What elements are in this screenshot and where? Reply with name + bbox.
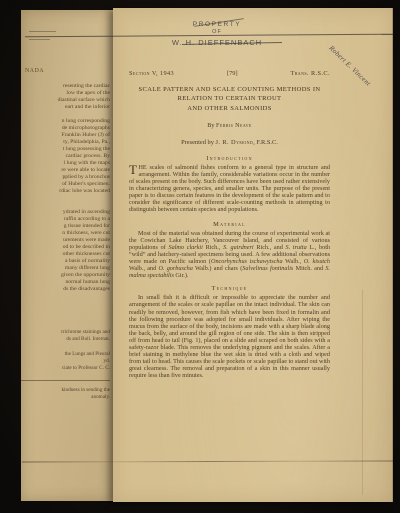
species-name: Oncorhynchus tschawytscha [211, 258, 283, 265]
main-page: PROPERTY OF W. H. DIEFFENBACH Section V,… [113, 8, 393, 502]
material-text: Walb., and [129, 265, 158, 272]
text-fragment: ds the disadvantages [21, 286, 110, 293]
pencil-mark [29, 39, 50, 40]
heading-introduction: Introduction [129, 155, 330, 162]
scanned-photo: NADA resenting the cardiaclow the apex o… [0, 0, 400, 513]
text-fragment: re were able to locate [21, 167, 110, 174]
species-name: Salvelinus fontinalis [242, 265, 293, 272]
masthead: Section V, 1943 [79] Trans. R.S.C. [129, 70, 330, 77]
text-fragment: n thickness, were cut [21, 230, 110, 237]
text-column: Section V, 1943 [79] Trans. R.S.C. SCALE… [129, 70, 330, 386]
under-page-body: resenting the cardiaclow the apex of the… [21, 83, 110, 293]
under-running-head: NADA [21, 68, 110, 74]
species-name: O. gorbuscha [158, 265, 192, 272]
masthead-journal: Trans. R.S.C. [290, 70, 330, 77]
text-fragment: raffin according to a [21, 216, 110, 223]
text-fragment: l lung with the maps [21, 160, 110, 167]
text-fragment: ds and Bull. Internat. [21, 336, 110, 343]
material-paragraph: Most of the material was obtained during… [129, 230, 330, 280]
text-fragment: Franklin Huber (J) of [21, 132, 110, 139]
text-fragment: t lung possessing the [21, 146, 110, 153]
article-title: SCALE PATTERN AND SCALE COUNTING METHODS… [129, 85, 330, 113]
text-fragment: many different lung [21, 265, 110, 272]
text-fragment: od to be described in [21, 244, 110, 251]
species-name: O. kisutch [304, 258, 330, 265]
text-fragment-group: the Lungs and Pleuralyd.ciate to Profess… [21, 351, 110, 372]
material-text: Mitch. and [293, 265, 325, 272]
vertical-crease [362, 290, 363, 495]
species-name: S. trutta [286, 244, 307, 251]
text-fragment-group: n lung correspondingde microphotographsF… [21, 118, 110, 195]
presented-line: Presented by J. R. Dymond, F.R.S.C. [129, 139, 330, 146]
text-fragment: cardiac process. By [21, 153, 110, 160]
presenter-honorific: , F.R.S.C. [253, 139, 278, 146]
under-page-content: NADA resenting the cardiaclow the apex o… [21, 68, 110, 409]
text-fragment: given the opportunity [21, 272, 110, 279]
masthead-section: Section V, 1943 [129, 70, 174, 77]
text-fragment: de microphotographs [21, 125, 110, 132]
title-line: SCALE PATTERN AND SCALE COUNTING METHODS… [129, 85, 330, 94]
under-page-footnotes: trichrome stainings andds and Bull. Inte… [21, 329, 110, 372]
heading-material: Material [129, 221, 330, 228]
byline-prefix: By [207, 122, 216, 129]
text-fragment: rdiac lobe was located [21, 188, 110, 195]
underlying-page: NADA resenting the cardiaclow the apex o… [21, 10, 113, 501]
text-fragment: kindness in sending the [21, 387, 110, 394]
text-fragment: yd. [21, 358, 110, 365]
material-text: Rich., [203, 244, 223, 251]
material-text: Gir.). [174, 272, 189, 279]
text-fragment: low the apex of the [21, 90, 110, 97]
text-fragment: anomaly. [21, 394, 110, 401]
author-name: Ferris Neave [216, 122, 252, 129]
text-fragment-group: trichrome stainings andds and Bull. Inte… [21, 329, 110, 343]
pencil-mark [29, 31, 56, 32]
text-fragment: ydrated in ascending [21, 209, 110, 216]
text-fragment: eart and the inferior [21, 104, 110, 111]
species-name: Salmo clarkii [169, 244, 203, 251]
masthead-page-number: [79] [227, 70, 238, 77]
text-fragment: ciate to Professor C. C. [21, 365, 110, 372]
material-text: Walb.) and chars ( [193, 265, 242, 272]
text-fragment: the Lungs and Pleural [21, 351, 110, 358]
text-fragment: diastinal surface which [21, 97, 110, 104]
text-fragment-group: kindness in sending theanomaly. [21, 387, 110, 401]
material-text: Rich., and [254, 244, 286, 251]
species-name: S. gairdneri [223, 244, 254, 251]
presenter-name: J. R. Dymond [216, 139, 254, 146]
text-fragment: pplied by a bronchus [21, 174, 110, 181]
text-fragment: of Huber's specimen. [21, 181, 110, 188]
heading-technique: Technique [129, 285, 330, 292]
text-fragment: n lung corresponding [21, 118, 110, 125]
text-fragment: ty, Philadelphia, Pa., [21, 139, 110, 146]
text-fragment: other thicknesses cut [21, 251, 110, 258]
text-fragment-group: resenting the cardiaclow the apex of the… [21, 83, 110, 111]
title-line: AND OTHER SALMONIDS [129, 104, 330, 113]
text-fragment: resenting the cardiac [21, 83, 110, 90]
technique-paragraph: In small fish it is difficult or impossi… [129, 294, 330, 379]
material-text: Walb., [283, 258, 304, 265]
introduction-text: HE scales of salmonid fishes conform to … [129, 164, 330, 214]
text-fragment: trichrome stainings and [21, 329, 110, 336]
title-line: RELATION TO CERTAIN TROUT [129, 94, 330, 103]
under-page-footnotes-2: kindness in sending theanomaly. [21, 387, 110, 401]
text-fragment: normal human lung [21, 279, 110, 286]
text-fragment: g tissue intended for [21, 223, 110, 230]
text-fragment: urements were made [21, 237, 110, 244]
byline: By Ferris Neave [129, 122, 330, 129]
text-fragment: a basis of normality [21, 258, 110, 265]
text-fragment-group: ydrated in ascendingraffin according to … [21, 209, 110, 293]
presented-prefix: Presented by [181, 139, 215, 146]
introduction-paragraph: THE scales of salmonid fishes conform to… [129, 164, 330, 214]
footnote-divider [21, 380, 110, 381]
